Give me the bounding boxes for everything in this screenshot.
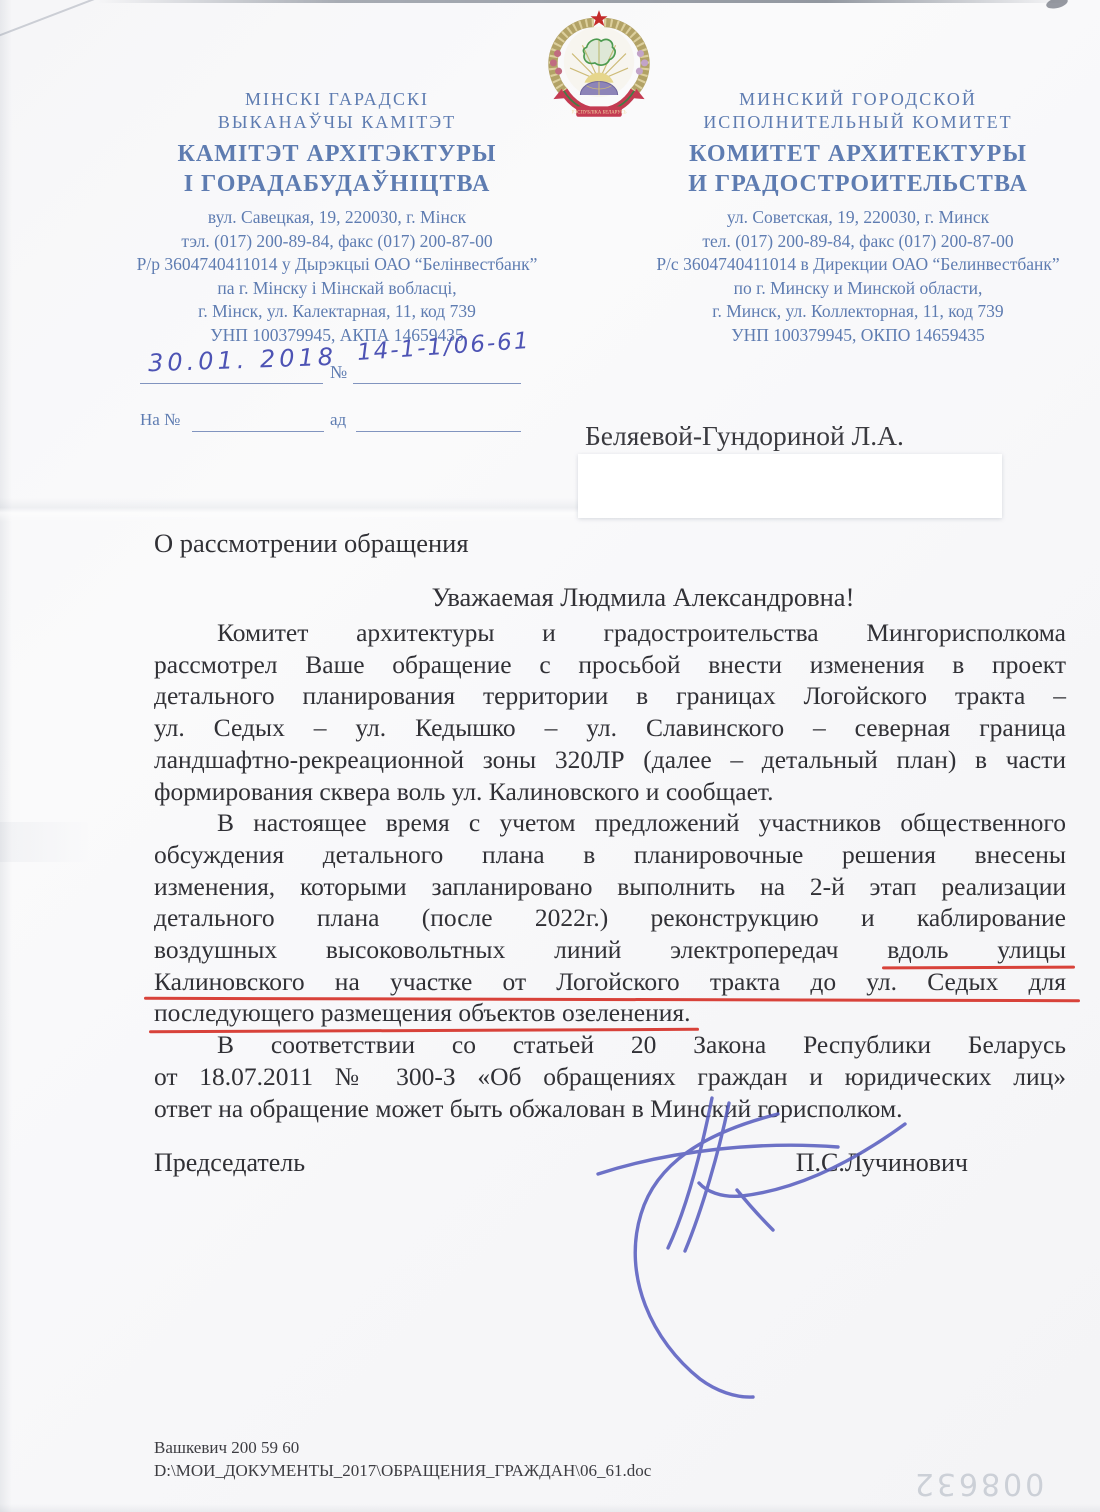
salutation: Уважаемая Людмила Александровна!: [154, 582, 1066, 613]
scan-corner-crease: [0, 0, 102, 39]
redacted-address-box: [578, 454, 1002, 518]
number-sign-label: №: [330, 362, 347, 383]
body-line: обсуждения детального плана в планировоч…: [154, 839, 1066, 871]
org-name-by-line2: ВЫКАНАЎЧЫ КАМІТЭТ: [116, 111, 558, 134]
address-ru-line2: тел. (017) 200-89-84, факс (017) 200-87-…: [630, 230, 1086, 254]
reply-reference-row: На № ад: [140, 396, 620, 440]
body-line: детального планирования территории в гра…: [154, 680, 1066, 712]
body-line: ул. Седых – ул. Кедышко – ул. Славинског…: [154, 712, 1066, 744]
committee-title-by-line1: КАМІТЭТ АРХІТЭКТУРЫ: [116, 139, 558, 169]
red-underlined-text: последующего размещения объектов озелене…: [154, 998, 690, 1027]
address-block-ru: ул. Советская, 19, 220030, г. Минск тел.…: [630, 206, 1086, 348]
scanned-letter-page: РЭСПУБЛІКА БЕЛАРУСЬ МІНСКІ ГАРАДСКІ ВЫКА…: [0, 0, 1100, 1512]
date-number-row: 30.01. 2018 № 14-1-1/06-61: [140, 346, 620, 390]
scan-top-edge-shadow: [95, 0, 1070, 3]
letterhead-belarusian: МІНСКІ ГАРАДСКІ ВЫКАНАЎЧЫ КАМІТЭТ КАМІТЭ…: [116, 88, 558, 348]
org-name-ru-line2: ИСПОЛНИТЕЛЬНЫЙ КОМИТЕТ: [630, 111, 1086, 134]
body-text-segment: воздушных высоковольтных линий электропе…: [154, 935, 839, 964]
subject-line: О рассмотрении обращения: [154, 528, 469, 559]
committee-title-ru-line1: КОМИТЕТ АРХИТЕКТУРЫ: [630, 139, 1086, 169]
footer-block: Вашкевич 200 59 60 D:\МОИ_ДОКУМЕНТЫ_2017…: [154, 1436, 651, 1482]
body-line: В настоящее время с учетом предложений у…: [154, 807, 1066, 839]
paper-fold-shadow-2: [0, 822, 90, 862]
reference-block: 30.01. 2018 № 14-1-1/06-61 На № ад: [140, 346, 620, 434]
address-by-line5: г. Мінск, ул. Калектарная, 11, код 739: [116, 300, 558, 324]
emblem-banner-text: РЭСПУБЛІКА БЕЛАРУСЬ: [572, 111, 627, 116]
handwritten-signature: [586, 1080, 968, 1432]
staple-mark: [1045, 0, 1069, 11]
reply-date-underline: [356, 430, 521, 432]
paper-fold-shadow: [0, 498, 600, 522]
body-line: формирования сквера воль ул. Калиновског…: [154, 776, 1066, 808]
address-block-by: вул. Савецкая, 19, 220030, г. Мінск тэл.…: [116, 206, 558, 348]
number-underline: [353, 382, 521, 384]
body-line: ландшафтно-рекреационной зоны 320ЛР (дал…: [154, 744, 1066, 776]
address-by-line2: тэл. (017) 200-89-84, факс (017) 200-87-…: [116, 230, 558, 254]
addressee-name: Беляевой-Гундориной Л.А.: [585, 420, 904, 452]
address-by-line4: па г. Мінску і Мінскай вобласці,: [116, 277, 558, 301]
reply-to-number-label: На №: [140, 410, 180, 430]
red-underlined-text: вдоль улицы: [887, 935, 1066, 964]
body-line-underlined: последующего размещения объектов озелене…: [154, 997, 1066, 1029]
body-line: детального плана (после 2022г.) реконстр…: [154, 902, 1066, 934]
address-ru-line4: по г. Минску и Минской области,: [630, 277, 1086, 301]
reply-from-label: ад: [330, 410, 346, 430]
address-ru-line5: г. Минск, ул. Коллекторная, 11, код 739: [630, 300, 1086, 324]
address-ru-line6: УНП 100379945, ОКПО 14659435: [630, 324, 1086, 348]
letterhead-russian: МИНСКИЙ ГОРОДСКОЙ ИСПОЛНИТЕЛЬНЫЙ КОМИТЕТ…: [630, 88, 1086, 348]
document-file-path: D:\МОИ_ДОКУМЕНТЫ_2017\ОБРАЩЕНИЯ_ГРАЖДАН\…: [154, 1459, 651, 1482]
handwritten-date: 30.01. 2018: [148, 343, 338, 378]
body-line: В соответствии со статьей 20 Закона Респ…: [154, 1029, 1066, 1061]
registration-stamp-number: 008632: [868, 1466, 1088, 1501]
body-line-underlined: Калиновского на участке от Логойского тр…: [154, 966, 1066, 998]
committee-title-ru-line2: И ГРАДОСТРОИТЕЛЬСТВА: [630, 169, 1086, 199]
org-name-by-line1: МІНСКІ ГАРАДСКІ: [116, 88, 558, 111]
address-by-line3: Р/р 3604740411014 у Дырэкцыі ОАО “Белінв…: [116, 253, 558, 277]
address-ru-line1: ул. Советская, 19, 220030, г. Минск: [630, 206, 1086, 230]
scan-bottom-shadow: [0, 1504, 1100, 1512]
body-line: Комитет архитектуры и градостроительства…: [154, 617, 1066, 649]
reply-number-underline: [192, 430, 324, 432]
date-underline: [140, 382, 323, 384]
red-underlined-text: Калиновского на участке от Логойского тр…: [154, 967, 1066, 996]
executor-phone: Вашкевич 200 59 60: [154, 1436, 651, 1459]
org-name-ru-line1: МИНСКИЙ ГОРОДСКОЙ: [630, 88, 1086, 111]
address-by-line1: вул. Савецкая, 19, 220030, г. Мінск: [116, 206, 558, 230]
committee-title-by-line2: І ГОРАДАБУДАЎНІЦТВА: [116, 169, 558, 199]
body-line: изменения, которыми запланировано выполн…: [154, 871, 1066, 903]
letter-body: Комитет архитектуры и градостроительства…: [154, 617, 1066, 1124]
body-line: рассмотрел Ваше обращение с просьбой вне…: [154, 649, 1066, 681]
scan-left-shadow: [0, 0, 12, 1512]
body-line-partially-underlined: воздушных высоковольтных линий электропе…: [154, 934, 1066, 966]
signer-title: Председатель: [154, 1148, 305, 1178]
address-ru-line3: Р/с 3604740411014 в Дирекции ОАО “Белинв…: [630, 253, 1086, 277]
